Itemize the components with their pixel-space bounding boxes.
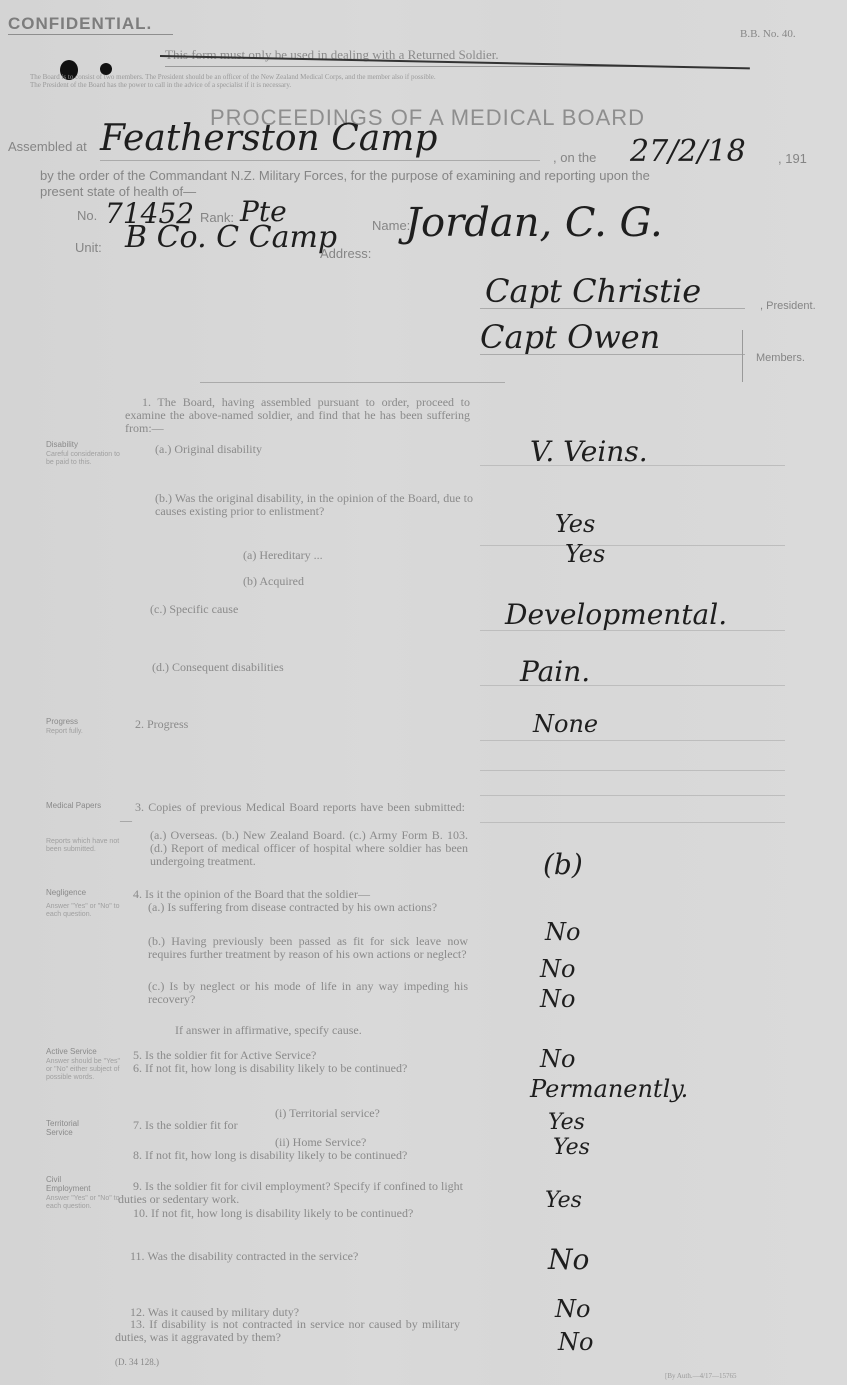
document-page: CONFIDENTIAL. B.B. No. 40. This form mus…: [0, 0, 847, 1385]
assembly-place: Featherston Camp: [100, 118, 437, 159]
answer-rule: [480, 795, 785, 796]
question-13: 13. If disability is not contracted in s…: [115, 1318, 460, 1344]
heading-underline: [8, 34, 173, 35]
answer-rule: [480, 822, 785, 823]
margin-note-text: Careful consideration to be paid to this…: [46, 451, 121, 467]
margin-note-text: Reports which have not been submitted.: [46, 838, 121, 854]
answer-4a: No: [545, 918, 580, 946]
question-1d: (d.) Consequent disabilities: [152, 660, 284, 675]
members-brace: [742, 330, 747, 382]
margin-note-heading: Medical Papers: [46, 801, 101, 810]
question-3-options: (a.) Overseas. (b.) New Zealand Board. (…: [150, 829, 468, 868]
question-4c: (c.) Is by neglect or his mode of life i…: [148, 980, 468, 1006]
question-11: 11. Was the disability contracted in the…: [130, 1249, 358, 1264]
answer-aggravated: No: [558, 1328, 593, 1356]
confidential-heading: CONFIDENTIAL.: [8, 14, 152, 34]
answer-rule: [480, 740, 785, 741]
margin-note-heading: Progress: [46, 717, 78, 726]
unit-label: Unit:: [75, 240, 102, 255]
margin-note-heading: Negligence: [46, 888, 86, 897]
question-4-note: If answer in affirmative, specify cause.: [175, 1023, 362, 1038]
question-6: 6. If not fit, how long is disability li…: [118, 1062, 463, 1075]
margin-note-text: Answer "Yes" or "No" to each question.: [46, 903, 121, 919]
question-7: 7. Is the soldier fit for: [133, 1118, 238, 1133]
answer-home-service: Yes: [553, 1135, 590, 1160]
question-1c: (c.) Specific cause: [150, 602, 238, 617]
question-1a: (a.) Original disability: [155, 442, 262, 457]
place-rule: [100, 160, 540, 161]
question-1b-acquired: (b) Acquired: [243, 574, 304, 589]
unit-value: B Co. C Camp: [125, 220, 337, 255]
answer-4b: No: [540, 955, 575, 983]
margin-note-heading: Civil Employment: [46, 1175, 106, 1193]
president-rule: [480, 308, 745, 309]
margin-note-text: Answer "Yes" or "No" to each question.: [46, 1195, 121, 1211]
member-rule: [480, 354, 745, 355]
form-number: B.B. No. 40.: [740, 28, 796, 40]
number-label: No.: [77, 208, 97, 223]
answer-consequent-disabilities: Pain.: [520, 655, 590, 688]
president-name: Capt Christie: [485, 272, 701, 310]
answer-specific-cause: Developmental.: [505, 598, 727, 631]
signature-rule: [200, 382, 505, 383]
question-8: 8. If not fit, how long is disability li…: [118, 1149, 463, 1162]
answer-prior-enlistment: Yes: [555, 510, 595, 538]
margin-note-text: Answer should be "Yes" or "No" either su…: [46, 1058, 121, 1082]
order-text: by the order of the Commandant N.Z. Mili…: [40, 168, 650, 183]
answer-hereditary: Yes: [565, 540, 605, 568]
board-note-line: The President of the Board has the power…: [30, 81, 291, 89]
margin-note-text: Report fully.: [46, 728, 121, 736]
year-prefix: , 191: [778, 151, 807, 166]
soldier-name: Jordan, C. G.: [405, 200, 663, 246]
question-1b: (b.) Was the original disability, in the…: [155, 492, 473, 518]
assembled-label: Assembled at: [8, 139, 87, 154]
question-10: 10. If not fit, how long is disability l…: [118, 1207, 463, 1220]
question-9: 9. Is the soldier fit for civil employme…: [118, 1180, 463, 1206]
question-1-intro: 1. The Board, having assembled pursuant …: [125, 396, 470, 435]
question-7-territorial: (i) Territorial service?: [275, 1106, 380, 1121]
question-3: 3. Copies of previous Medical Board repo…: [120, 801, 465, 827]
answer-contracted-in-service: No: [548, 1243, 589, 1276]
answer-territorial: Yes: [548, 1110, 585, 1135]
answer-rule: [480, 545, 785, 546]
answer-military-duty: No: [555, 1295, 590, 1323]
printer-code: [By Auth.—4/17—15765: [665, 1372, 737, 1380]
answer-original-disability: V. Veins.: [530, 435, 648, 468]
margin-note-heading: Disability: [46, 440, 78, 449]
assembly-date: 27/2/18: [630, 134, 746, 169]
answer-progress: None: [533, 710, 598, 738]
answer-4c: No: [540, 985, 575, 1013]
member-name: Capt Owen: [480, 318, 660, 356]
members-label: Members.: [756, 352, 805, 364]
address-label: Address:: [320, 246, 371, 261]
president-label: , President.: [760, 300, 816, 312]
question-4a: (a.) Is suffering from disease contracte…: [148, 901, 468, 914]
answer-rule: [480, 770, 785, 771]
form-code: (D. 34 128.): [115, 1357, 159, 1367]
answer-disability-duration: Permanently.: [530, 1075, 688, 1103]
board-note-line: The Board is to consist of two members. …: [30, 73, 436, 81]
on-the-label: , on the: [553, 150, 596, 165]
margin-note-heading: Active Service: [46, 1047, 97, 1056]
answer-civil-employment: Yes: [545, 1188, 582, 1213]
margin-note-heading: Territorial Service: [46, 1119, 106, 1137]
answer-active-service: No: [540, 1045, 575, 1073]
question-1b-hereditary: (a) Hereditary ...: [243, 548, 323, 563]
question-4b: (b.) Having previously been passed as fi…: [148, 935, 468, 961]
answer-medical-papers: (b): [543, 848, 583, 881]
question-2: 2. Progress: [135, 717, 188, 732]
